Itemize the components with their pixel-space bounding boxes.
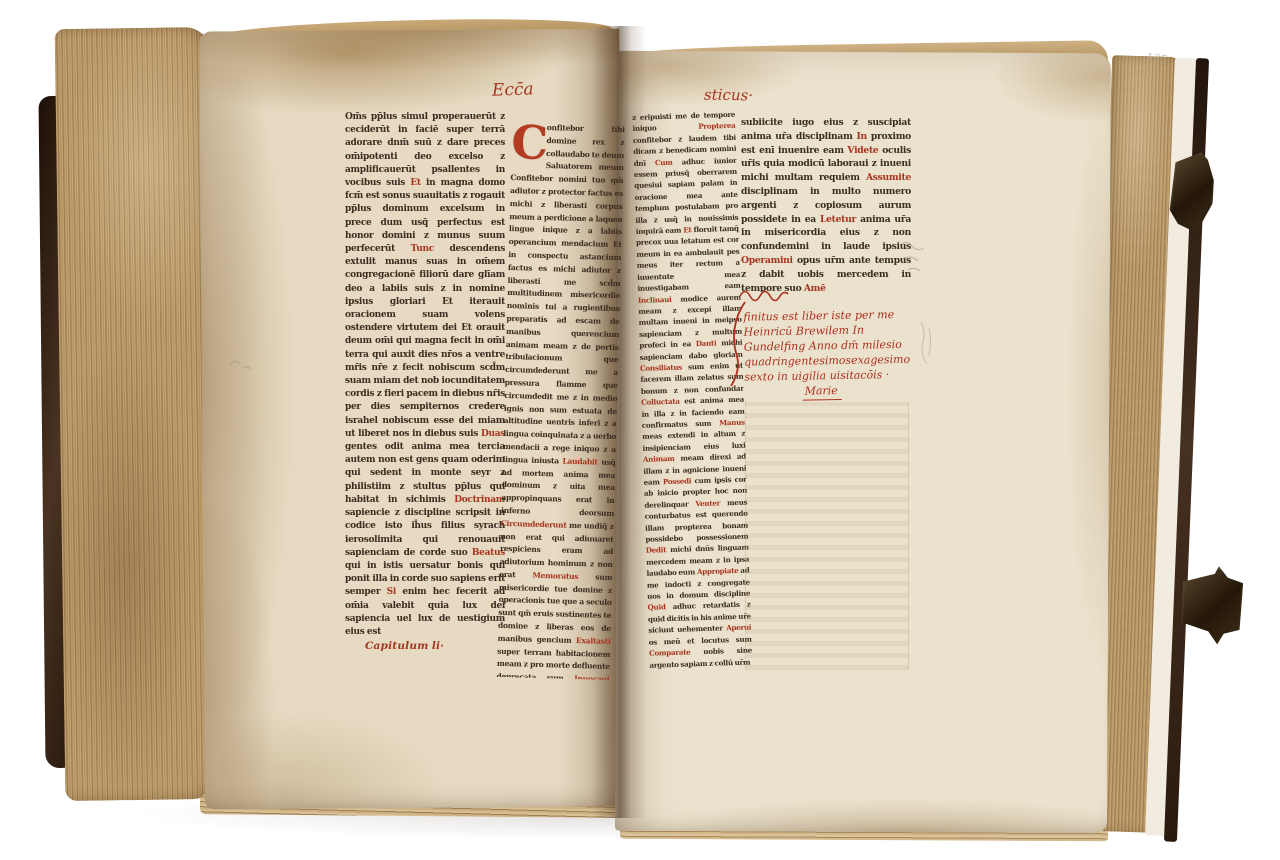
ghost-text-showthrough (745, 402, 909, 670)
running-title-right: sticus· (704, 86, 753, 105)
drop-cap-initial-C: C (511, 122, 544, 167)
colophon: finitus est liber iste per meHeinricū Br… (743, 306, 935, 401)
manuscript-photo: { "manuscript": { "running_title_left": … (0, 0, 1280, 860)
text-column-left-1: Om̄s pp̄lus simul properauerūt z cecider… (345, 111, 505, 667)
colophon-signature: Marie (745, 381, 935, 401)
margin-pen-marks-right (898, 238, 932, 278)
column-text: subiicite iugo eius z suscipiat anima ur… (741, 117, 911, 292)
column-text: onfitebor tibi domine rex z collaudabo t… (496, 123, 624, 680)
left-fore-edge-pages (55, 27, 222, 801)
lower-clasp (1180, 564, 1244, 645)
margin-pen-marks-right-lower (915, 318, 937, 378)
text-column-right-1: z eripuisti me de tempore iniquo Propter… (632, 109, 753, 676)
text-column-right-2: subiicite iugo eius z suscipiat anima ur… (741, 116, 911, 292)
text-column-left-2: C onfitebor tibi domine rex z collaudabo… (496, 121, 624, 680)
folio-number: 135 (1145, 51, 1167, 66)
margin-pen-marks-left (228, 356, 254, 374)
running-title-left: Ecc̄a (492, 79, 534, 100)
chapter-rubric: Capitulum li· (345, 640, 505, 653)
colophon-lines: finitus est liber iste per meHeinricū Br… (743, 306, 934, 384)
column-text: Om̄s pp̄lus simul properauerūt z cecider… (345, 112, 505, 637)
